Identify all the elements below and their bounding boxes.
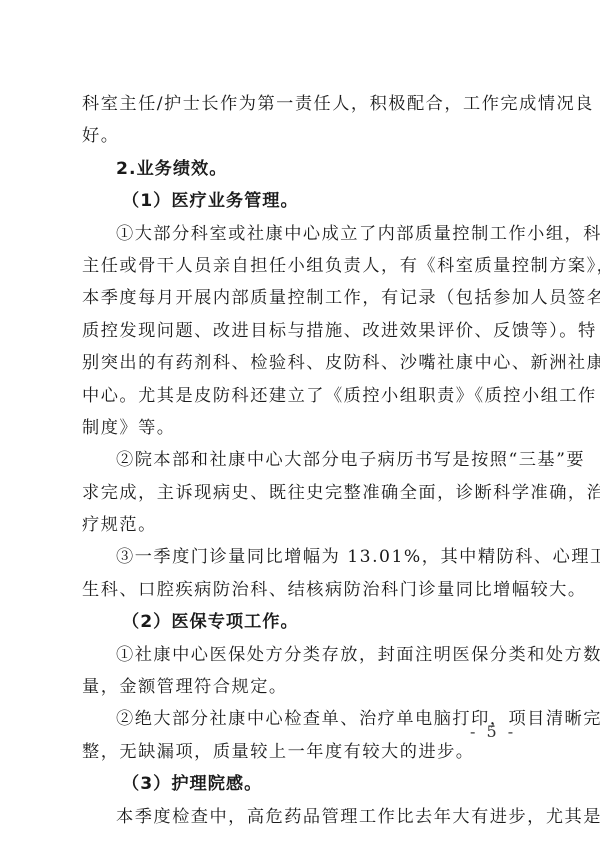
- paragraph-line: 本季度检查中，高危药品管理工作比去年大有进步，尤其是: [82, 801, 522, 833]
- paragraph-line: 别突出的有药剂科、检验科、皮防科、沙嘴社康中心、新洲社康: [82, 347, 522, 379]
- paragraph-line: ②绝大部分社康中心检查单、治疗单电脑打印，项目清晰完: [82, 703, 522, 735]
- paragraph-line: ③一季度门诊量同比增幅为 13.01%，其中精防科、心理卫: [82, 541, 522, 573]
- paragraph-line: ①大部分科室或社康中心成立了内部质量控制工作小组，科: [82, 218, 522, 250]
- paragraph-line: 整，无缺漏项，质量较上一年度有较大的进步。: [82, 736, 522, 768]
- paragraph-line: 制度》等。: [82, 412, 522, 444]
- subsection-heading: （1）医疗业务管理。: [82, 185, 522, 217]
- page-number: - 5 -: [470, 722, 516, 741]
- paragraph-line: 疗规范。: [82, 509, 522, 541]
- paragraph-line: 本季度每月开展内部质量控制工作，有记录（包括参加人员签名、: [82, 282, 522, 314]
- document-body: 科室主任/护士长作为第一责任人，积极配合，工作完成情况良 好。 2.业务绩效。 …: [82, 88, 522, 833]
- paragraph-line: 质控发现问题、改进目标与措施、改进效果评价、反馈等）。特: [82, 315, 522, 347]
- paragraph-line: 生科、口腔疾病防治科、结核病防治科门诊量同比增幅较大。: [82, 574, 522, 606]
- section-heading: 2.业务绩效。: [82, 153, 522, 185]
- paragraph-line: ①社康中心医保处方分类存放，封面注明医保分类和处方数: [82, 639, 522, 671]
- paragraph-line: 主任或骨干人员亲自担任小组负责人，有《科室质量控制方案》，: [82, 250, 522, 282]
- subsection-heading: （3）护理院感。: [82, 768, 522, 800]
- subsection-heading: （2）医保专项工作。: [82, 606, 522, 638]
- paragraph-line: ②院本部和社康中心大部分电子病历书写是按照“三基”要: [82, 444, 522, 476]
- paragraph-line: 求完成，主诉现病史、既往史完整准确全面，诊断科学准确，治: [82, 477, 522, 509]
- paragraph-line: 中心。尤其是皮防科还建立了《质控小组职责》《质控小组工作: [82, 380, 522, 412]
- paragraph-line: 好。: [82, 120, 522, 152]
- paragraph-line: 科室主任/护士长作为第一责任人，积极配合，工作完成情况良: [82, 88, 522, 120]
- paragraph-line: 量，金额管理符合规定。: [82, 671, 522, 703]
